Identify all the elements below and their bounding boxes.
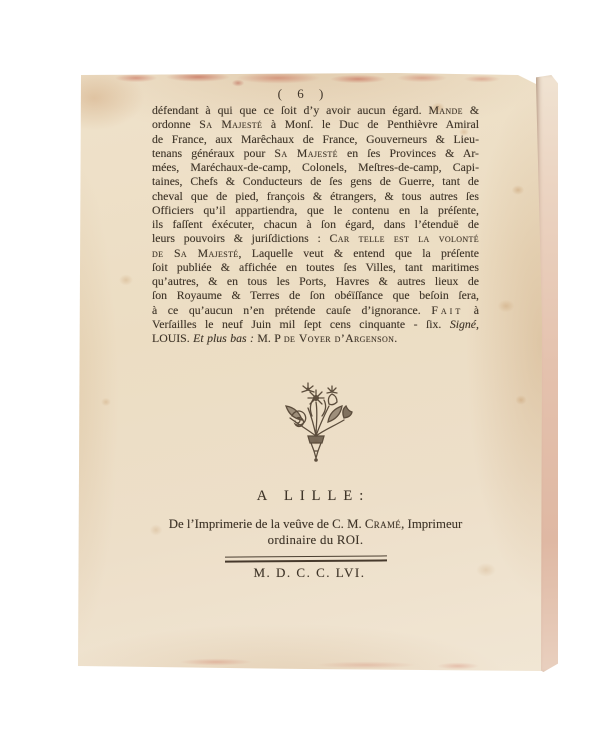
text-line: Verſailles le neuf Juin mil ſept cens ci…: [152, 317, 479, 331]
imprint-line: De l’Imprimerie de la veûve de C. M. Cra…: [152, 517, 479, 533]
date-line: M. D. C. C. LVI.: [146, 565, 473, 581]
book-photo: ( 6 ) défendant à qui que ce ſoit d’y av…: [0, 0, 616, 753]
double-rule: [224, 555, 386, 562]
text-line: leurs pouvoirs & juriſdictions : Car tel…: [152, 231, 479, 245]
text-line: ſoit publiée & affichée en toutes ſes Vi…: [152, 260, 479, 274]
book-page: ( 6 ) défendant à qui que ce ſoit d’y av…: [66, 70, 542, 676]
imprint-place: A LILLE:: [150, 488, 477, 505]
colophon: A LILLE: De l’Imprimerie de la veûve de …: [152, 488, 479, 581]
text-line: ils faſſent éxécuter, chacun à ſon égard…: [152, 217, 479, 231]
body-text: défendant à qui que ce ſoit d’y avoir au…: [152, 103, 479, 345]
text-line: tenans généraux pour Sa Majesté en ſes P…: [152, 146, 479, 160]
text-line: de France, aux Marêchaux de France, Gouv…: [152, 132, 479, 146]
text-line: ſon Royaume & Terres de ſon obéïſſance q…: [152, 288, 479, 302]
text-line: à ce qu’aucun n’en prétende cauſe d’igno…: [152, 303, 479, 317]
text-line: cheval que de pied, françois & étrangers…: [152, 189, 479, 203]
text-line: qu’autres, & en tous les Ports, Havres &…: [152, 274, 479, 288]
text-line: Officiers qu’il appartiendra, que le con…: [152, 203, 479, 217]
text-line: ordonne Sa Majesté à Monſ. le Duc de Pen…: [152, 117, 479, 131]
imprint-line-2: ordinaire du ROI.: [152, 533, 479, 549]
text-line: mées, Maréchaux-de-camp, Colonels, Meſtr…: [152, 160, 479, 174]
floral-ornament-icon: [266, 376, 366, 470]
text-line: LOUIS. Et plus bas : M. P de Voyer d’Arg…: [152, 331, 479, 345]
text-line: de Sa Majesté, Laquelle veut & entend qu…: [152, 246, 479, 260]
page-number: ( 6 ): [140, 86, 467, 102]
text-line: taines, Chefs & Conducteurs de ſes gens …: [152, 174, 479, 188]
text-line: défendant à qui que ce ſoit d’y avoir au…: [152, 103, 479, 117]
